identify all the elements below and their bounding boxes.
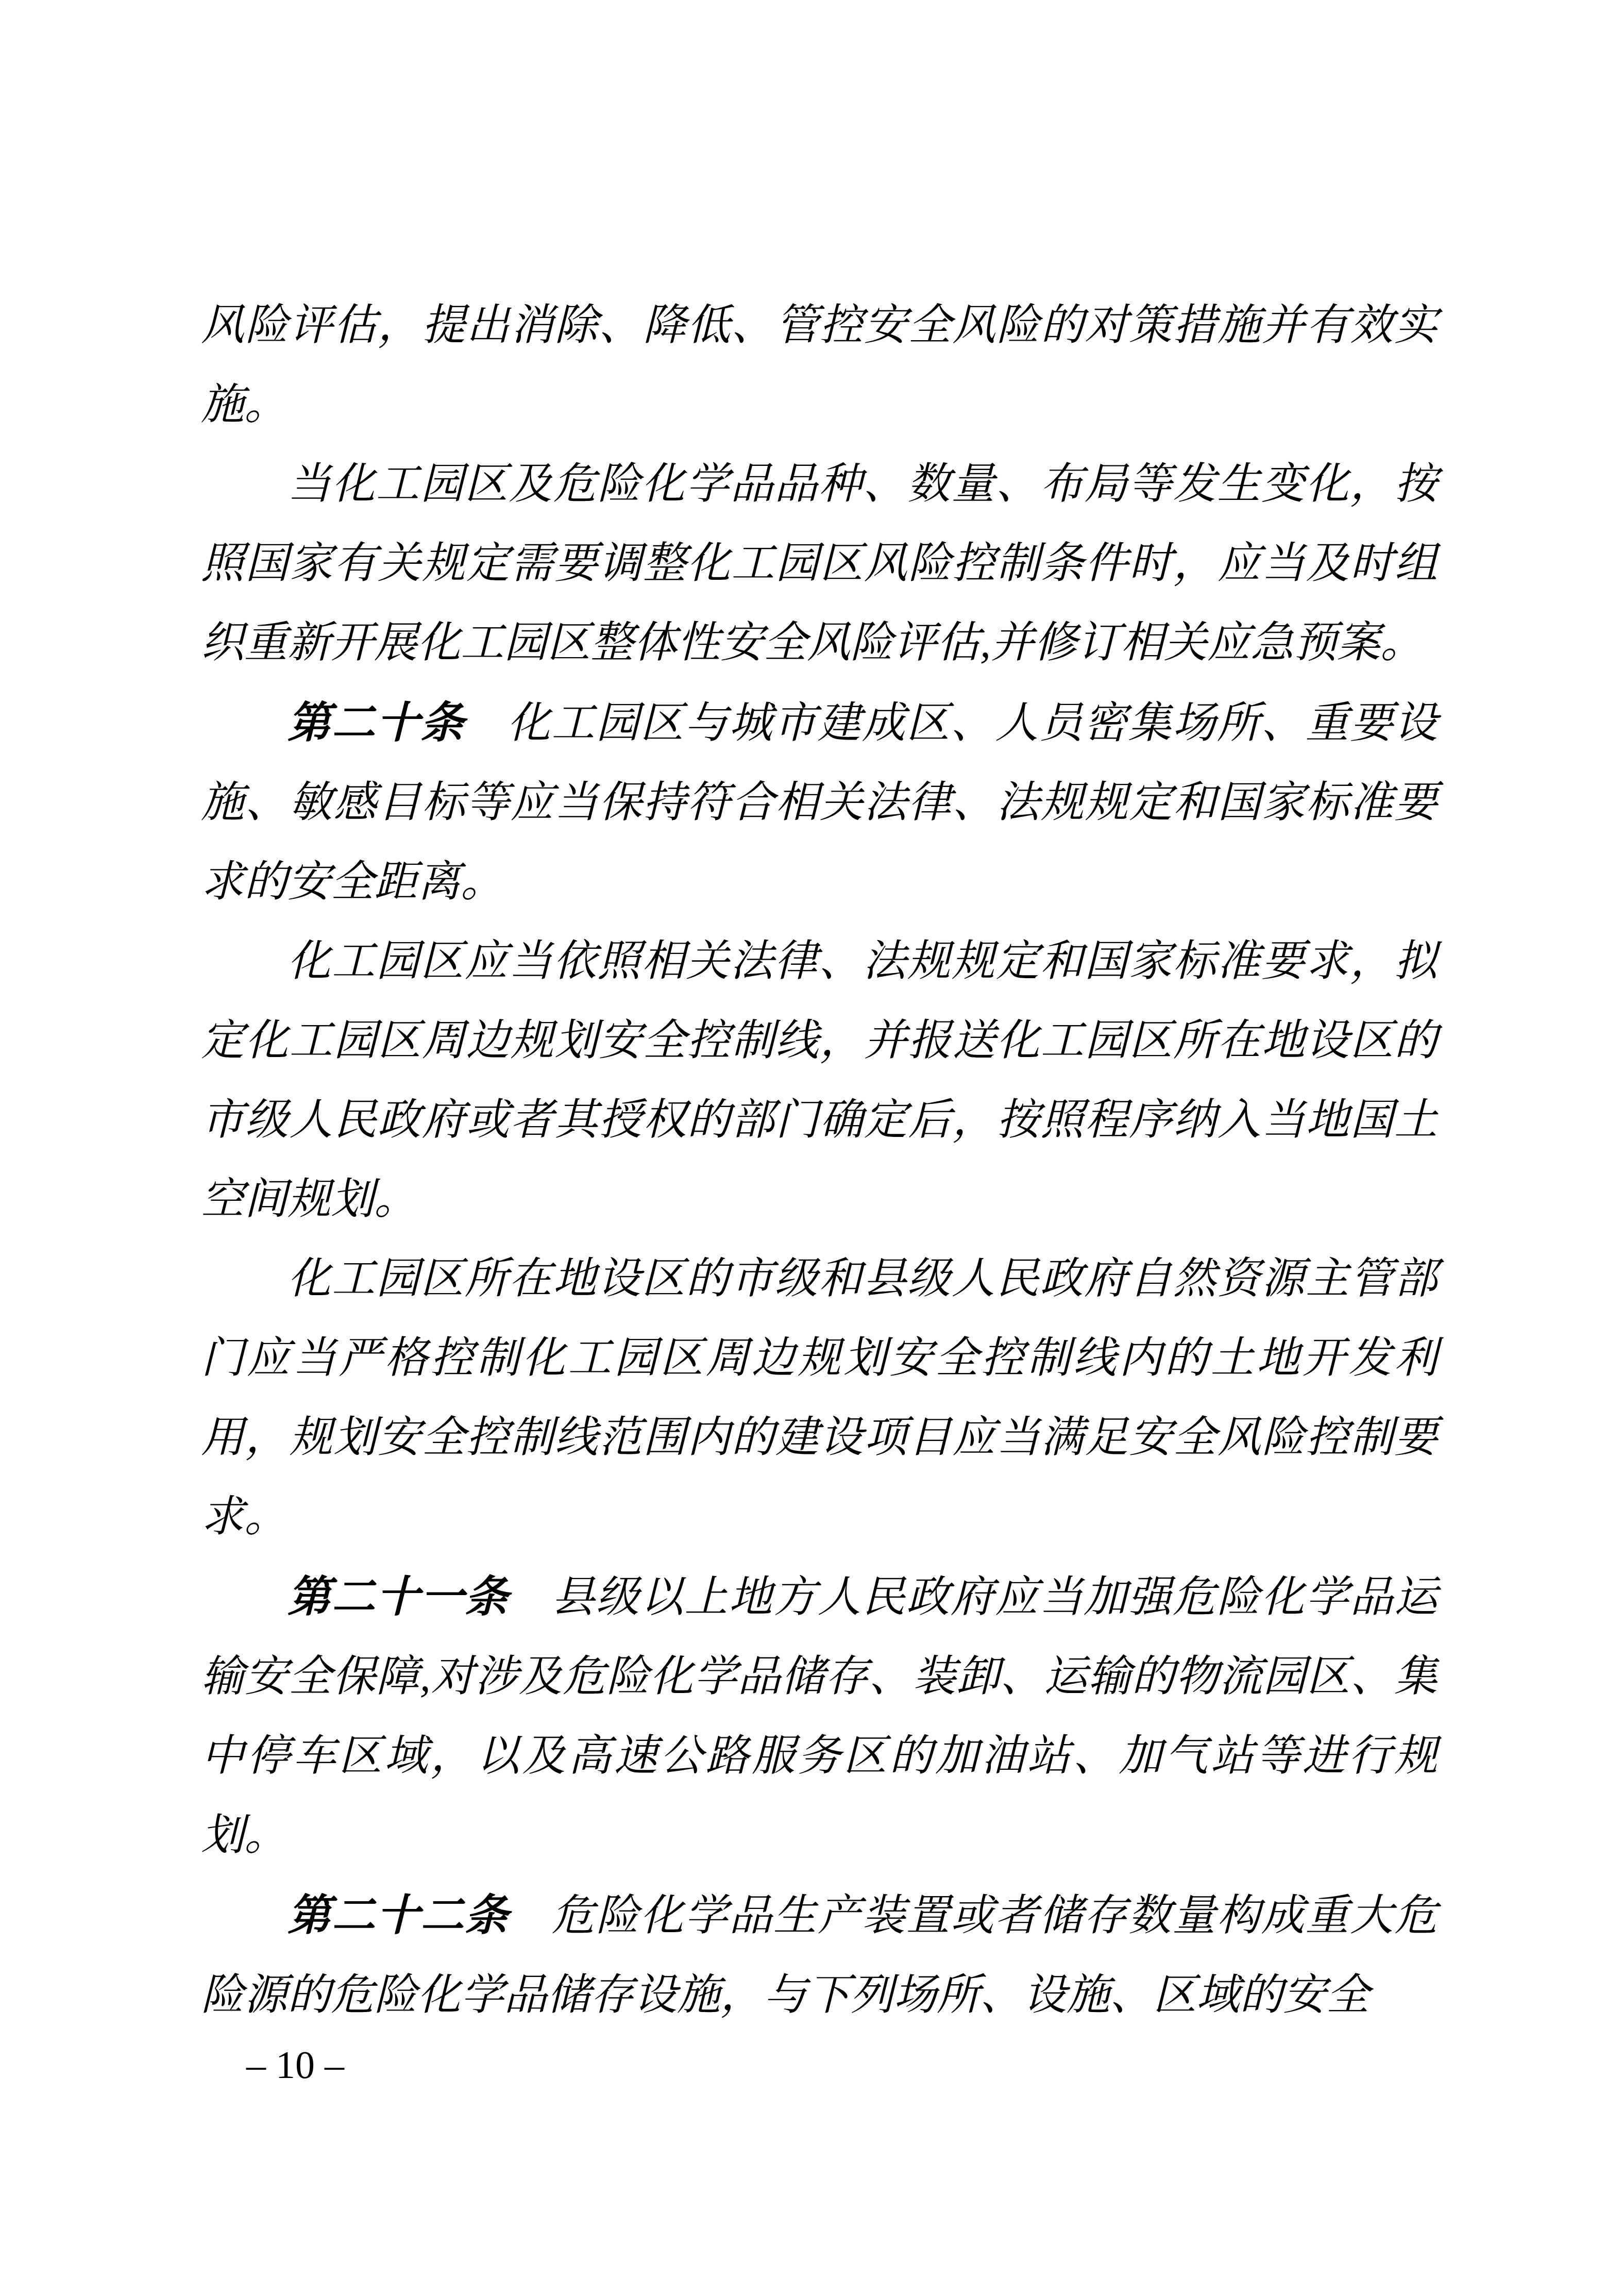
page-number: – 10 – [246, 2037, 344, 2093]
paragraph: 当化工园区及危险化学品品种、数量、布局等发生变化，按照国家有关规定需要调整化工园… [201, 445, 1438, 683]
paragraph: 化工园区所在地设区的市级和县级人民政府自然资源主管部门应当严格控制化工园区周边规… [201, 1239, 1438, 1557]
paragraph: 化工园区应当依照相关法律、法规规定和国家标准要求，拟定化工园区周边规划安全控制线… [201, 922, 1438, 1239]
article-number-heading: 第二十一条 [288, 1572, 509, 1621]
paragraph: 第二十一条县级以上地方人民政府应当加强危险化学品运输安全保障,对涉及危险化学品储… [201, 1557, 1438, 1875]
document-page: 风险评估，提出消除、降低、管控安全风险的对策措施并有效实施。 当化工园区及危险化… [0, 0, 1623, 2296]
paragraph: 第二十条化工园区与城市建成区、人员密集场所、重要设施、敏感目标等应当保持符合相关… [201, 683, 1438, 922]
article-number-heading: 第二十条 [288, 698, 465, 747]
article-number-heading: 第二十二条 [288, 1891, 509, 1939]
paragraph-text: 当化工园区及危险化学品品种、数量、布局等发生变化，按照国家有关规定需要调整化工园… [201, 460, 1438, 667]
paragraph-text: 化工园区所在地设区的市级和县级人民政府自然资源主管部门应当严格控制化工园区周边规… [201, 1255, 1438, 1541]
text-block: 风险评估，提出消除、降低、管控安全风险的对策措施并有效实施。 当化工园区及危险化… [201, 286, 1438, 2035]
paragraph: 第二十二条危险化学品生产装置或者储存数量构成重大危险源的危险化学品储存设施，与下… [201, 1875, 1438, 2035]
paragraph: 风险评估，提出消除、降低、管控安全风险的对策措施并有效实施。 [201, 286, 1438, 445]
paragraph-text: 化工园区应当依照相关法律、法规规定和国家标准要求，拟定化工园区周边规划安全控制线… [201, 937, 1438, 1224]
paragraph-text: 风险评估，提出消除、降低、管控安全风险的对策措施并有效实施。 [201, 301, 1438, 429]
